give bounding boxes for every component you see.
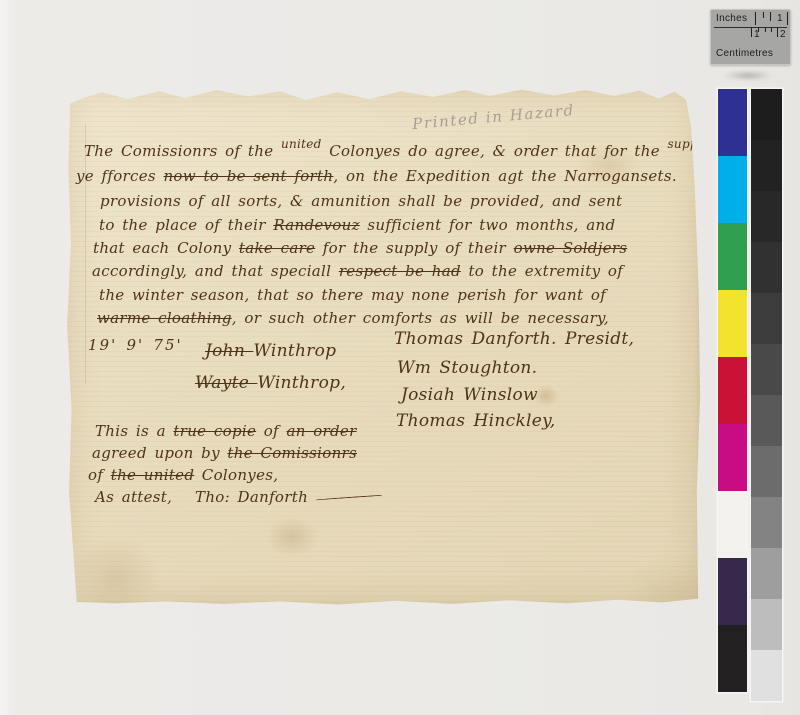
color-patch-blue [718, 89, 747, 156]
ink-segment: the Comissionrs [227, 444, 357, 462]
ink-segment: Colonyes, [194, 466, 278, 484]
inch-tick [787, 12, 788, 25]
color-patch-green [718, 223, 747, 290]
ink-segment: the united [111, 466, 194, 484]
ink-segment: agreed upon by [92, 444, 227, 462]
inch-tick [763, 12, 764, 18]
ruler-card-shadow [722, 71, 774, 80]
grayscale-step-3 [751, 191, 782, 242]
cm-tick [751, 27, 752, 37]
inch-number-1: 1 [777, 13, 783, 24]
color-calibration-column [718, 89, 747, 692]
grayscale-step-11 [751, 599, 782, 650]
grayscale-step-1 [751, 89, 782, 140]
attestation-line: agreed upon by the Comissionrs [92, 444, 357, 462]
cm-tick [771, 27, 772, 32]
ink-segment: of [88, 466, 111, 484]
color-patch-black [718, 625, 747, 692]
attestation-line: As attest, Tho: Danforth [95, 488, 382, 506]
attestation-line: of the united Colonyes, [88, 466, 278, 484]
grayscale-step-8 [751, 446, 782, 497]
cm-number-1: 1 [754, 29, 760, 40]
grayscale-step-10 [751, 548, 782, 599]
ink-segment: of [256, 422, 286, 440]
attestation-lines: This is a true copie of an orderagreed u… [64, 86, 700, 606]
grayscale-step-4 [751, 242, 782, 293]
grayscale-step-2 [751, 140, 782, 191]
color-patch-cyan [718, 156, 747, 223]
scale-ruler-card: Inches 1 1 2 Centimetres [710, 9, 791, 65]
photograph-canvas: Printed in Hazard The Comissionrs of the… [0, 0, 800, 715]
grayscale-step-6 [751, 344, 782, 395]
color-patch-magenta [718, 424, 747, 491]
color-patch-yellow [718, 290, 747, 357]
inch-tick [755, 12, 756, 25]
ink-segment: As attest, Tho: Danforth [95, 488, 308, 506]
ink-segment: an order [286, 422, 356, 440]
ink-segment: This is a [95, 422, 173, 440]
ink-segment: true copie [173, 422, 256, 440]
grayscale-step-5 [751, 293, 782, 344]
cm-number-2: 2 [780, 29, 786, 40]
cm-tick [777, 27, 778, 37]
grayscale-step-7 [751, 395, 782, 446]
grayscale-step-12 [751, 650, 782, 701]
color-patch-red [718, 357, 747, 424]
inches-label: Inches [716, 13, 747, 24]
grayscale-calibration-column [751, 89, 782, 701]
cm-tick [765, 27, 766, 32]
manuscript-paper: Printed in Hazard The Comissionrs of the… [64, 86, 700, 606]
grayscale-step-9 [751, 497, 782, 548]
color-patch-white [718, 491, 747, 558]
inch-tick [770, 12, 771, 21]
attestation-line: This is a true copie of an order [95, 422, 357, 440]
color-patch-dark-violet [718, 558, 747, 625]
centimetres-label: Centimetres [716, 48, 773, 59]
